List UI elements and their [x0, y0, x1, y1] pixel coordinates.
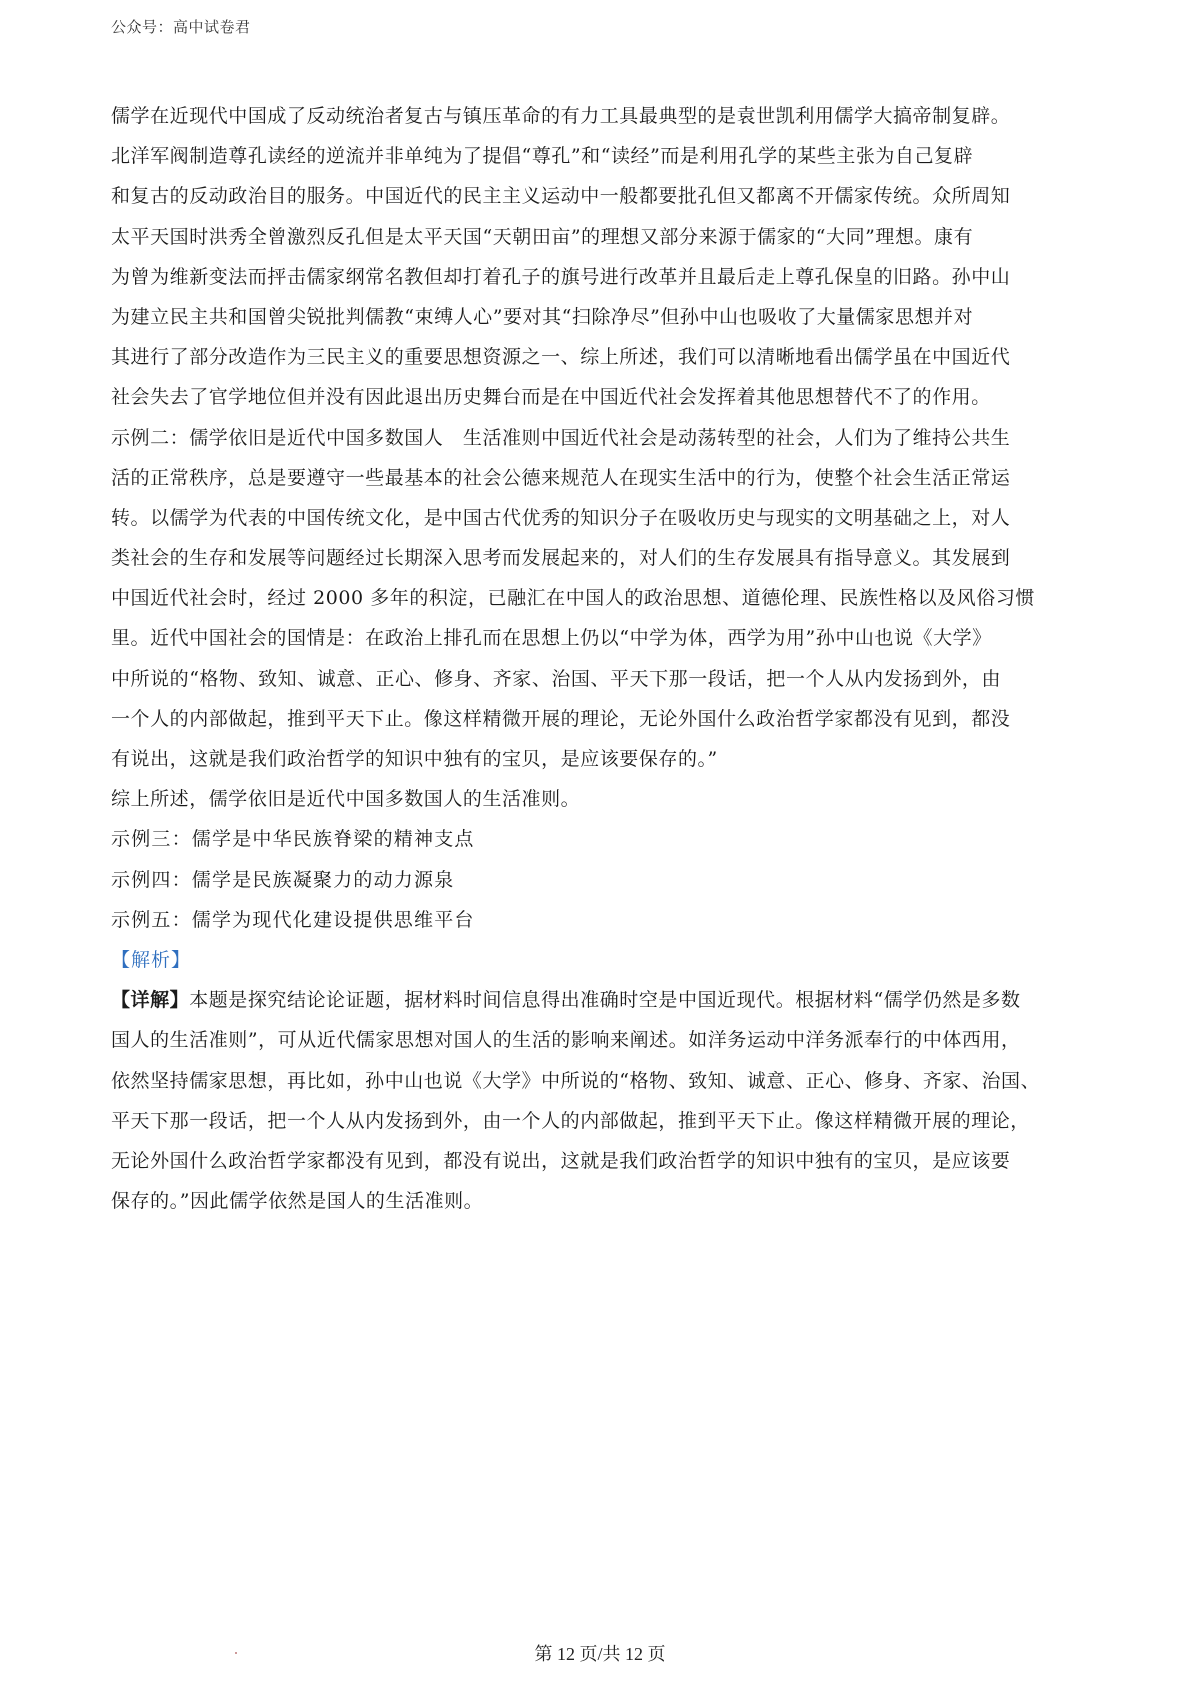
example-five: 示例五：儒学为现代化建设提供思维平台 [111, 900, 1096, 940]
detail-explanation: 【详解】本题是探究结论论证题，据材料时间信息得出准确时空是中国近现代。根据材料“… [111, 980, 1096, 1221]
text-line: 北洋军阀制造尊孔读经的逆流并非单纯为了提倡“尊孔”和“读经”而是利用孔学的某些主… [111, 136, 1096, 176]
text-line: 其进行了部分改造作为三民主义的重要思想资源之一、综上所述，我们可以清晰地看出儒学… [111, 337, 1096, 377]
text-line: 有说出，这就是我们政治哲学的知识中独有的宝贝，是应该要保存的。” [111, 739, 1096, 779]
text-line: 社会失去了官学地位但并没有因此退出历史舞台而是在中国近代社会发挥着其他思想替代不… [111, 377, 1096, 417]
text-line: 里。近代中国社会的国情是：在政治上排孔而在思想上仍以“中学为体，西学为用”孙中山… [111, 618, 1096, 658]
page-indicator: 第 12 页/共 12 页 [0, 1640, 1200, 1666]
document-header-source: 公众号：高中试卷君 [111, 16, 251, 37]
text-line: 中国近代社会时，经过 2000 多年的积淀，已融汇在中国人的政治思想、道德伦理、… [111, 578, 1096, 618]
text-line: 一个人的内部做起，推到平天下止。像这样精微开展的理论，无论外国什么政治哲学家都没… [111, 699, 1096, 739]
text-line: 国人的生活准则”，可从近代儒家思想对国人的生活的影响来阐述。如洋务运动中洋务派奉… [111, 1020, 1096, 1060]
text-line: 为曾为维新变法而抨击儒家纲常名教但却打着孔子的旗号进行改革并且最后走上尊孔保皇的… [111, 257, 1096, 297]
example-one-paragraph: 儒学在近现代中国成了反动统治者复古与镇压革命的有力工具最典型的是袁世凯利用儒学大… [111, 96, 1096, 418]
analysis-label: 【解析】 [111, 940, 1096, 980]
example-three: 示例三：儒学是中华民族脊梁的精神支点 [111, 819, 1096, 859]
text-line: 平天下那一段话，把一个人从内发扬到外，由一个人的内部做起，推到平天下止。像这样精… [111, 1101, 1096, 1141]
text-line: 示例二：儒学依旧是近代中国多数国人 生活准则中国近代社会是动荡转型的社会，人们为… [111, 418, 1096, 458]
text-line: 儒学在近现代中国成了反动统治者复古与镇压革命的有力工具最典型的是袁世凯利用儒学大… [111, 96, 1096, 136]
text-line: 保存的。”因此儒学依然是国人的生活准则。 [111, 1181, 1096, 1221]
text-line: 为建立民主共和国曾尖锐批判儒教“束缚人心”要对其“扫除净尽”但孙中山也吸收了大量… [111, 297, 1096, 337]
text-line: 和复古的反动政治目的服务。中国近代的民主主义运动中一般都要批孔但又都离不开儒家传… [111, 176, 1096, 216]
document-body: 儒学在近现代中国成了反动统治者复古与镇压革命的有力工具最典型的是袁世凯利用儒学大… [111, 96, 1096, 1221]
detail-tag: 【详解】 [111, 989, 189, 1011]
text-line: 转。以儒学为代表的中国传统文化，是中国古代优秀的知识分子在吸收历史与现实的文明基… [111, 498, 1096, 538]
text-line: 无论外国什么政治哲学家都没有见到，都没有说出，这就是我们政治哲学的知识中独有的宝… [111, 1141, 1096, 1181]
text-line: 活的正常秩序，总是要遵守一些最基本的社会公德来规范人在现实生活中的行为，使整个社… [111, 458, 1096, 498]
text-line: 本题是探究结论论证题，据材料时间信息得出准确时空是中国近现代。根据材料“儒学仍然… [189, 989, 1020, 1011]
conclusion-line: 综上所述，儒学依旧是近代中国多数国人的生活准则。 [111, 779, 1096, 819]
text-line: 太平天国时洪秀全曾激烈反孔但是太平天国“天朝田亩”的理想又部分来源于儒家的“大同… [111, 217, 1096, 257]
text-line: 中所说的“格物、致知、诚意、正心、修身、齐家、治国、平天下那一段话，把一个人从内… [111, 659, 1096, 699]
detail-first-line: 【详解】本题是探究结论论证题，据材料时间信息得出准确时空是中国近现代。根据材料“… [111, 980, 1096, 1020]
text-line: 类社会的生存和发展等问题经过长期深入思考而发展起来的，对人们的生存发展具有指导意… [111, 538, 1096, 578]
example-four: 示例四：儒学是民族凝聚力的动力源泉 [111, 860, 1096, 900]
example-two-paragraph: 示例二：儒学依旧是近代中国多数国人 生活准则中国近代社会是动荡转型的社会，人们为… [111, 418, 1096, 820]
text-line: 依然坚持儒家思想，再比如，孙中山也说《大学》中所说的“格物、致知、诚意、正心、修… [111, 1061, 1096, 1101]
